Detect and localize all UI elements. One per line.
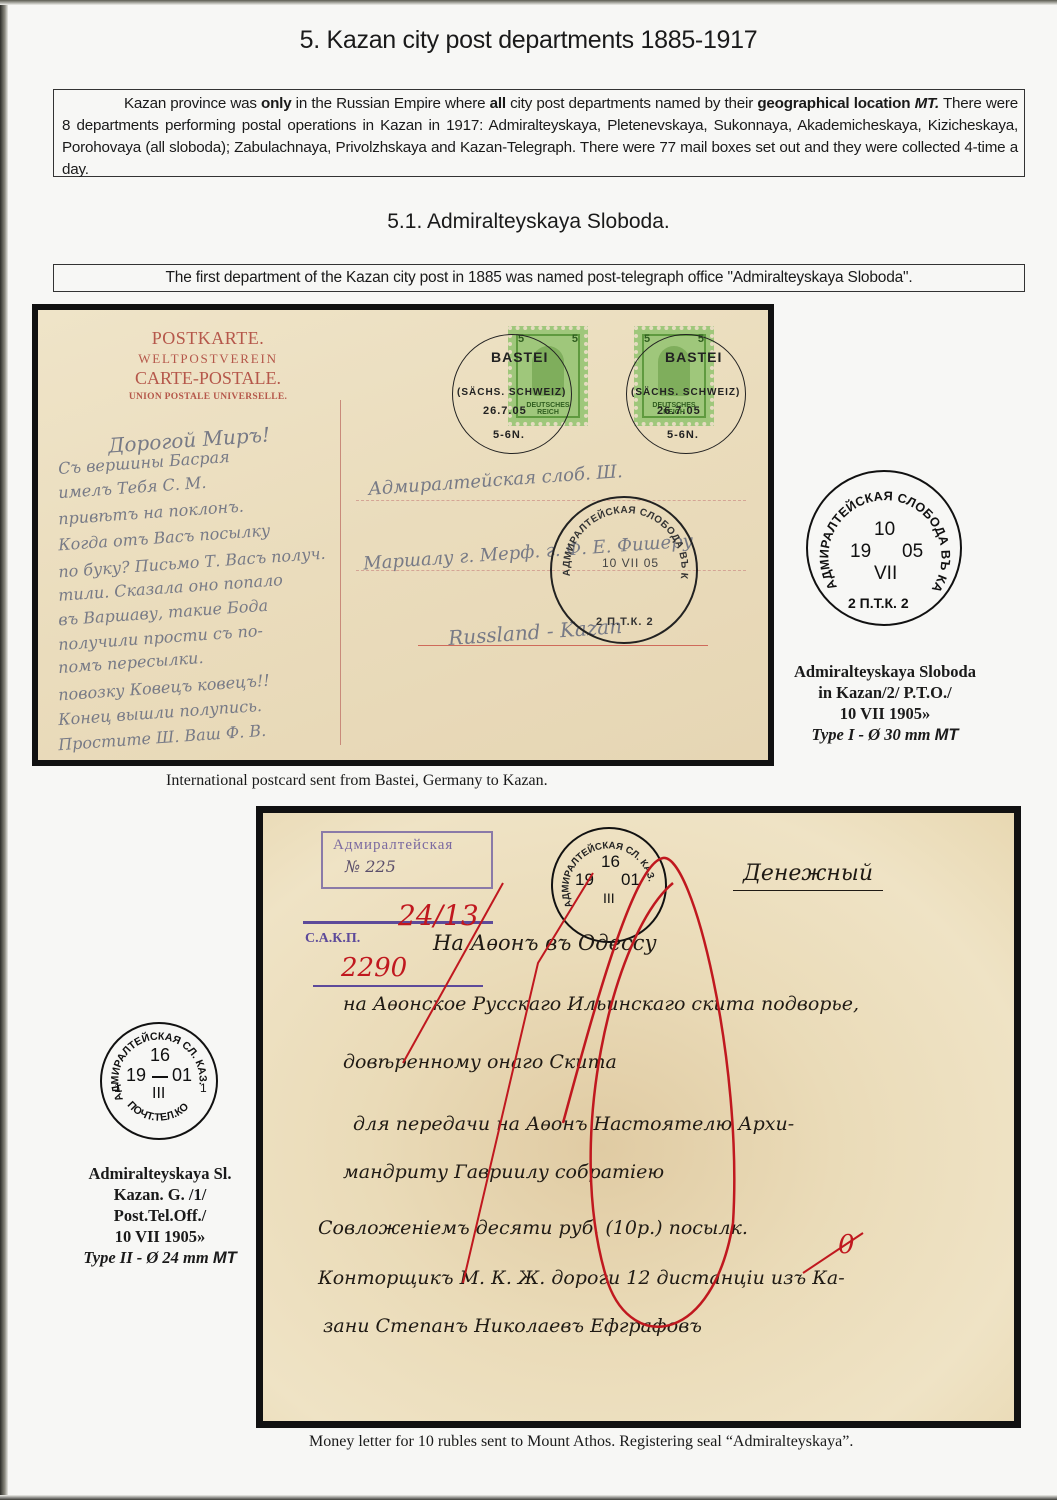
intro-text-box: Kazan province was only in the Russian E… (53, 89, 1025, 177)
postcard-item: POSTKARTE. WELTPOSTVEREIN CARTE-POSTALE.… (32, 304, 774, 766)
money-letter-envelope: Адмиралтейская № 225 С.А.К.П. 24/13 2290… (256, 806, 1021, 1428)
cancel-type-2: АДМИРАЛТЕЙСКАЯ СЛ. КАЗ. ПОЧТ.ТЕЛ.КОНТ. 1… (100, 1022, 218, 1140)
red-pencil-marks: 0 (263, 813, 1014, 1421)
message-line: имелъ Тебя С. М. (58, 473, 207, 502)
page-edge-bottom (0, 1495, 1057, 1500)
address-line-1: Адмиралтейская слоб. Ш. (368, 461, 624, 500)
svg-text:0: 0 (838, 1230, 855, 1260)
postcard-divider (340, 400, 341, 745)
section-note: The first department of the Kazan city p… (53, 264, 1025, 292)
bastei-postmark: BASTEI (SÄCHS. SCHWEIZ) 26.7.05 5-6N. (452, 334, 572, 454)
cancel-type-2-caption: Admiralteyskaya Sl. Kazan. G. /1/ Post.T… (50, 1163, 270, 1269)
section-subtitle: 5.1. Admiralteyskaya Sloboda. (0, 210, 1057, 234)
cancel-type-1: АДМИРАЛТЕЙСКАЯ СЛОБОДА ВЪ КАЗАНИ 10 19 0… (806, 470, 962, 626)
postcard-header: POSTKARTE. WELTPOSTVEREIN CARTE-POSTALE.… (103, 328, 313, 402)
mt-mark: MT. (915, 95, 939, 112)
page-edge-top (0, 0, 1057, 5)
kazan-receiving-postmark: АДМИРАЛТЕЙСКАЯ СЛОБОДА ВЪ КАЗАНИ 2 П.Т.К… (550, 496, 698, 644)
postcard-caption: International postcard sent from Bastei,… (166, 772, 548, 790)
intro-text: Kazan province was only in the Russian E… (124, 95, 915, 112)
date-dash (152, 1076, 168, 1078)
cancel-type-1-caption: Admiralteyskaya Sloboda in Kazan/2/ P.T.… (760, 661, 1010, 746)
bastei-postmark: BASTEI (SÄCHS. SCHWEIZ) 26.7.05 5-6N. (626, 334, 746, 454)
page-title: 5. Kazan city post departments 1885-1917 (0, 26, 1057, 55)
envelope-caption: Money letter for 10 rubles sent to Mount… (309, 1433, 853, 1451)
